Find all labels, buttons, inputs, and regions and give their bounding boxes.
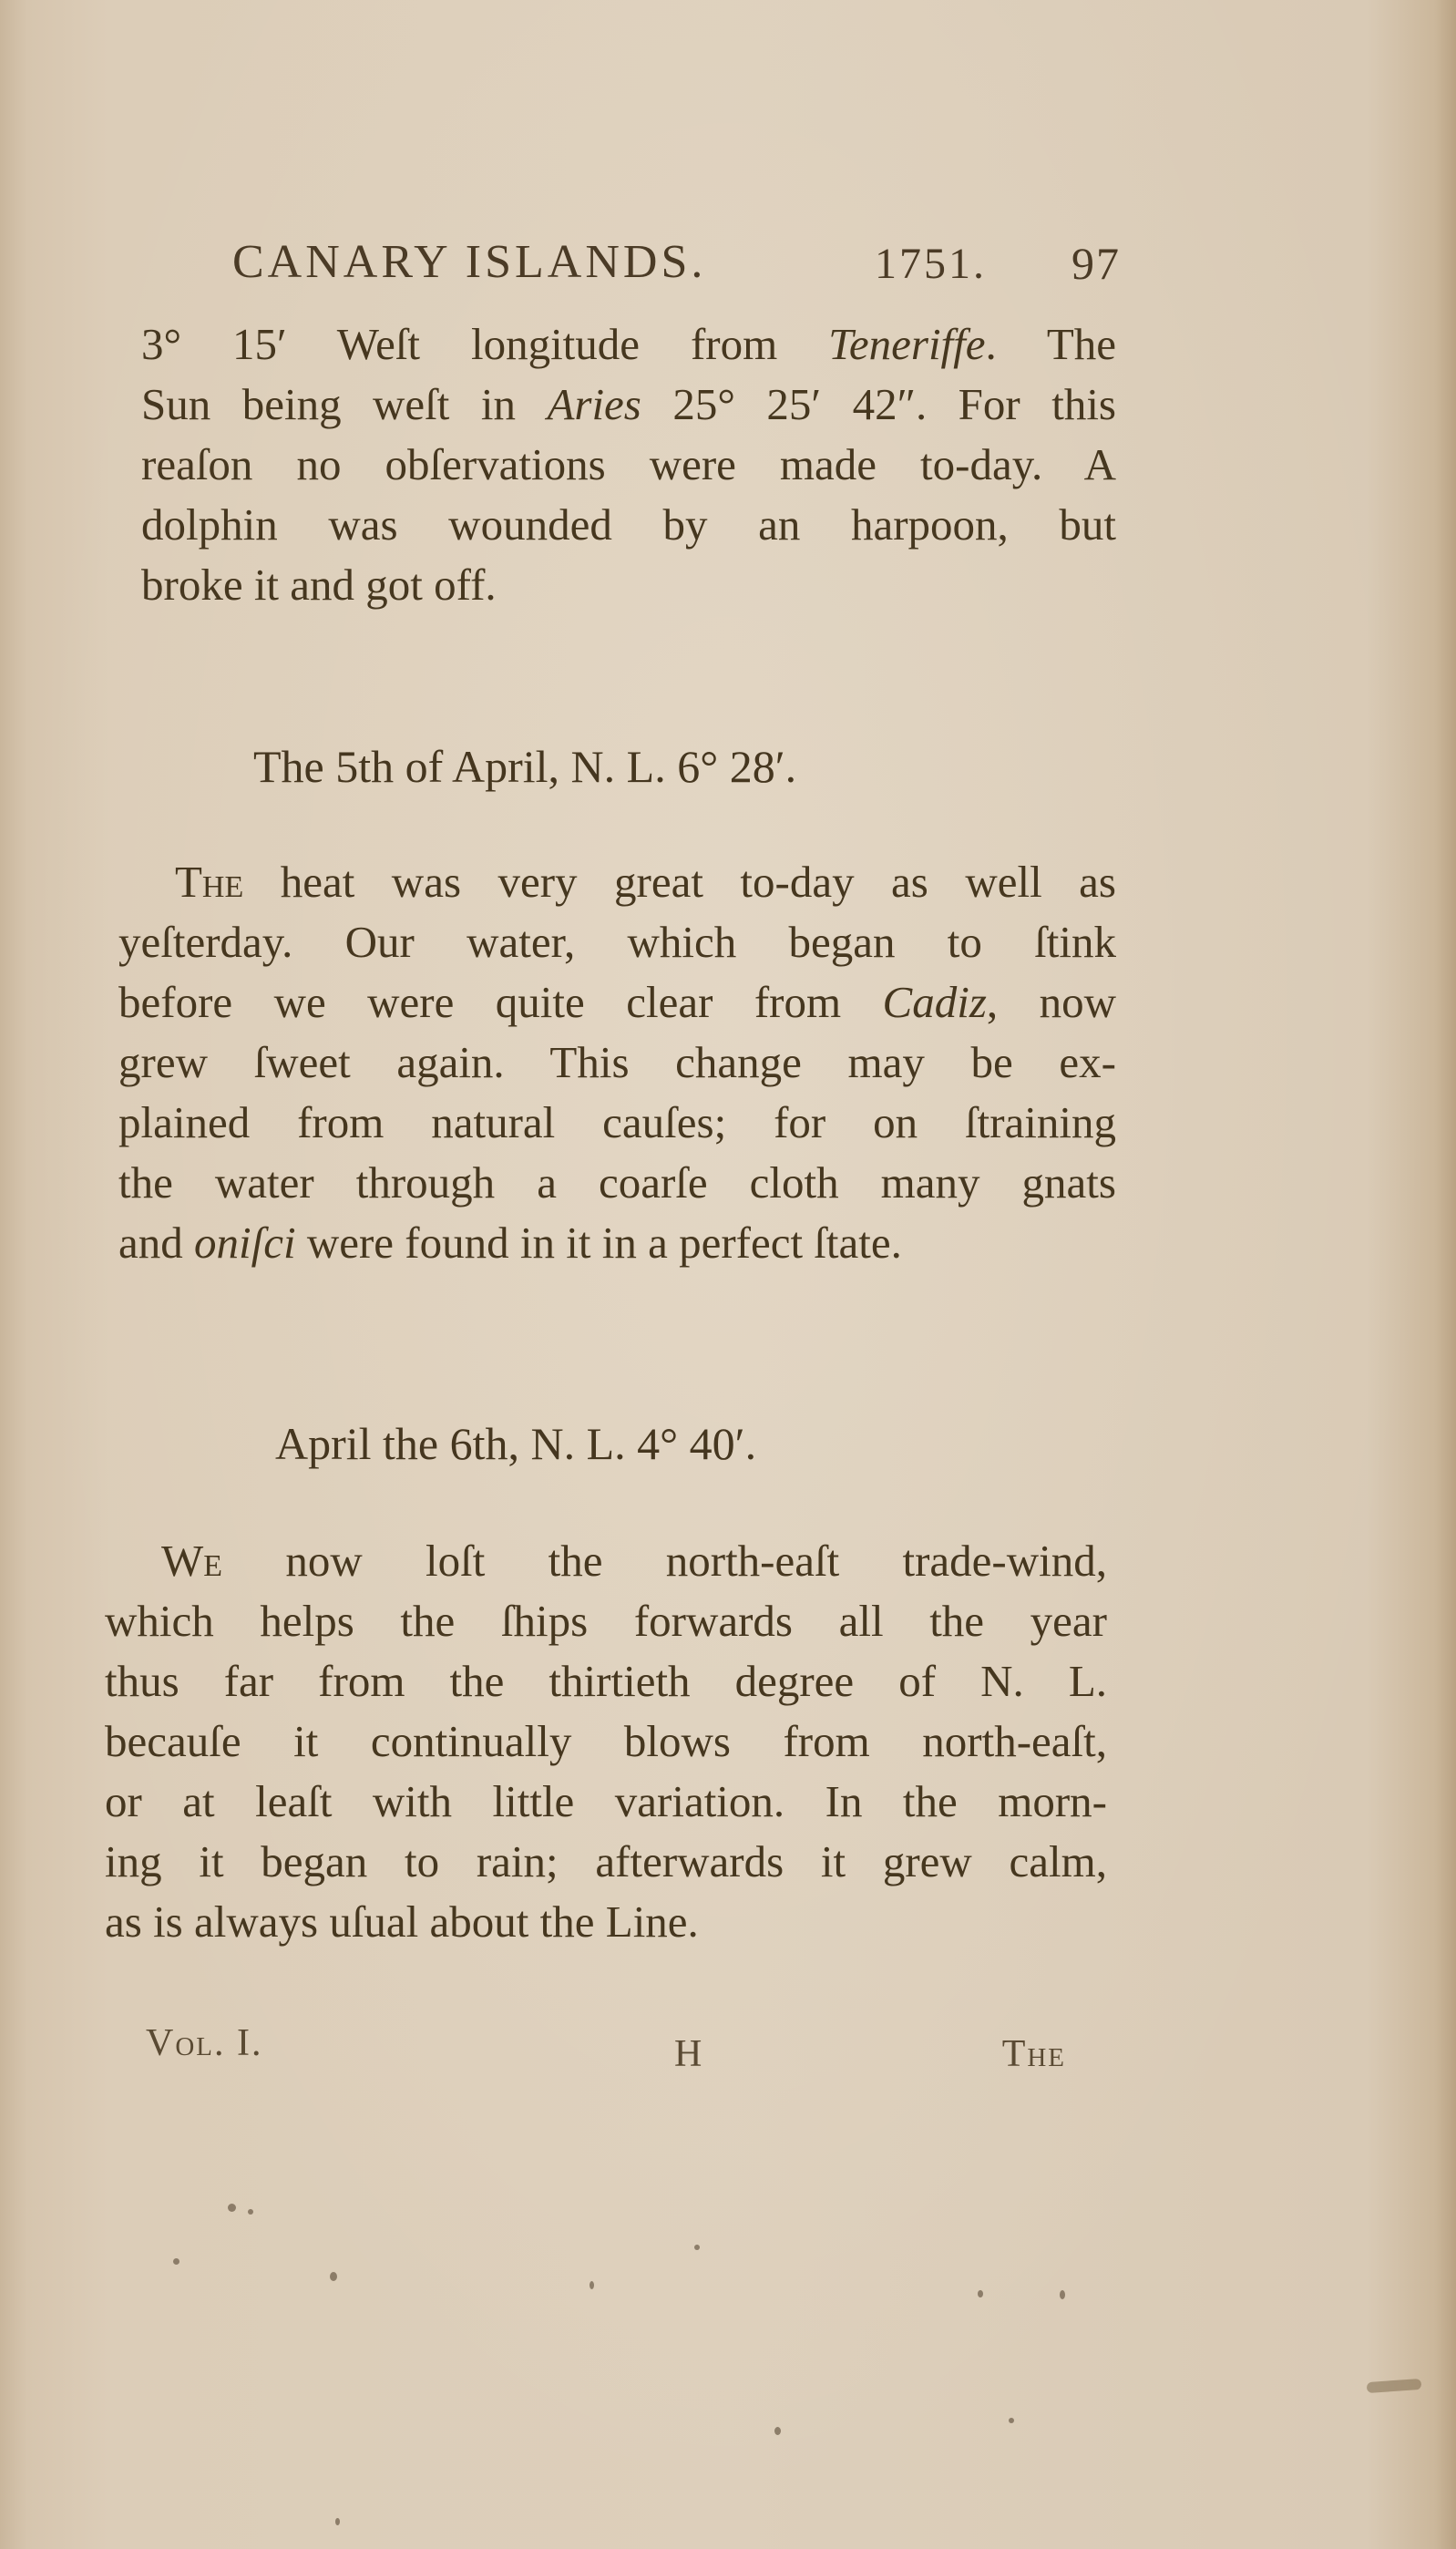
ink-speck	[1060, 2290, 1065, 2299]
ink-speck	[694, 2245, 700, 2250]
text-run: 3° 15′ Weſt longitude from	[141, 319, 828, 369]
paragraph-april-6: We now loſt the north-eaſt trade-wind, w…	[105, 1531, 1107, 1952]
italic-latin-term: oniſci	[194, 1218, 296, 1268]
italic-place-name: Cadiz	[883, 977, 987, 1027]
paragraph-april-5: The heat was very great to-day as well a…	[118, 852, 1116, 1273]
catchword: The	[1002, 2032, 1066, 2076]
text-line: which helps the ſhips forwards all the y…	[105, 1591, 1107, 1651]
ink-speck	[228, 2204, 236, 2212]
text-line: plained from natural cauſes; for on ſtra…	[118, 1093, 1116, 1153]
text-line: grew ſweet again. This change may be ex-	[118, 1033, 1116, 1093]
smallcaps-opening: The	[175, 857, 243, 907]
text-run: 25° 25′ 42″. For this	[641, 379, 1116, 429]
text-line: We now loſt the north-eaſt trade-wind,	[105, 1531, 1107, 1591]
text-run: . The	[986, 319, 1116, 369]
text-line: or at leaſt with little variation. In th…	[105, 1772, 1107, 1832]
direction-line: Vol. I. H The	[146, 2021, 1066, 2076]
ink-speck	[774, 2427, 781, 2435]
ink-speck	[248, 2209, 253, 2215]
ink-speck	[330, 2272, 337, 2281]
text-run: Sun being weſt in	[141, 379, 547, 429]
ink-speck	[978, 2290, 983, 2297]
italic-constellation: Aries	[547, 379, 641, 429]
ink-speck	[590, 2281, 594, 2289]
text-line: reaſon no obſervations were made to-day.…	[141, 435, 1116, 495]
smallcaps-opening: We	[161, 1536, 222, 1586]
entry-heading: April the 6th, N. L. 4° 40′.	[275, 1417, 756, 1470]
text-line: Sun being weſt in Aries 25° 25′ 42″. For…	[141, 375, 1116, 435]
text-run: and	[118, 1218, 194, 1268]
text-run: , now	[987, 977, 1116, 1027]
text-line: and oniſci were found in it in a perfect…	[118, 1213, 1116, 1273]
signature-mark: H	[674, 2032, 703, 2076]
text-line: becauſe it continually blows from north-…	[105, 1711, 1107, 1772]
ink-speck	[173, 2258, 179, 2265]
text-line: the water through a coarſe cloth many gn…	[118, 1153, 1116, 1213]
text-line: 3° 15′ Weſt longitude from Teneriffe. Th…	[141, 314, 1116, 375]
page-number: 97	[1071, 237, 1121, 290]
running-head: CANARY ISLANDS. 1751. 97	[232, 235, 1121, 299]
text-run: now loſt the north-eaſt trade-wind,	[222, 1536, 1107, 1586]
text-line: before we were quite clear from Cadiz, n…	[118, 972, 1116, 1033]
book-page: CANARY ISLANDS. 1751. 97 3° 15′ Weſt lon…	[0, 0, 1456, 2549]
text-line: ing it began to rain; afterwards it grew…	[105, 1832, 1107, 1892]
italic-place-name: Teneriffe	[828, 319, 985, 369]
text-line: The heat was very great to-day as well a…	[118, 852, 1116, 912]
text-line: thus far from the thirtieth degree of N.…	[105, 1651, 1107, 1711]
text-line: dolphin was wounded by an harpoon, but	[141, 495, 1116, 555]
running-head-year: 1751.	[875, 239, 987, 289]
text-line: as is always uſual about the Line.	[105, 1892, 1107, 1952]
ink-speck	[335, 2518, 340, 2525]
paragraph-continuation: 3° 15′ Weſt longitude from Teneriffe. Th…	[141, 314, 1116, 615]
ink-smudge	[1367, 2379, 1422, 2393]
running-head-title: CANARY ISLANDS.	[232, 235, 706, 289]
entry-heading: The 5th of April, N. L. 6° 28′.	[253, 740, 796, 793]
text-line: broke it and got off.	[141, 555, 1116, 615]
text-run: heat was very great to-day as well as	[243, 857, 1116, 907]
volume-label: Vol. I.	[146, 2021, 262, 2065]
text-run: were found in it in a perfect ſtate.	[296, 1218, 902, 1268]
ink-speck	[1009, 2418, 1014, 2423]
text-run: before we were quite clear from	[118, 977, 883, 1027]
text-line: yeſterday. Our water, which began to ſti…	[118, 912, 1116, 972]
